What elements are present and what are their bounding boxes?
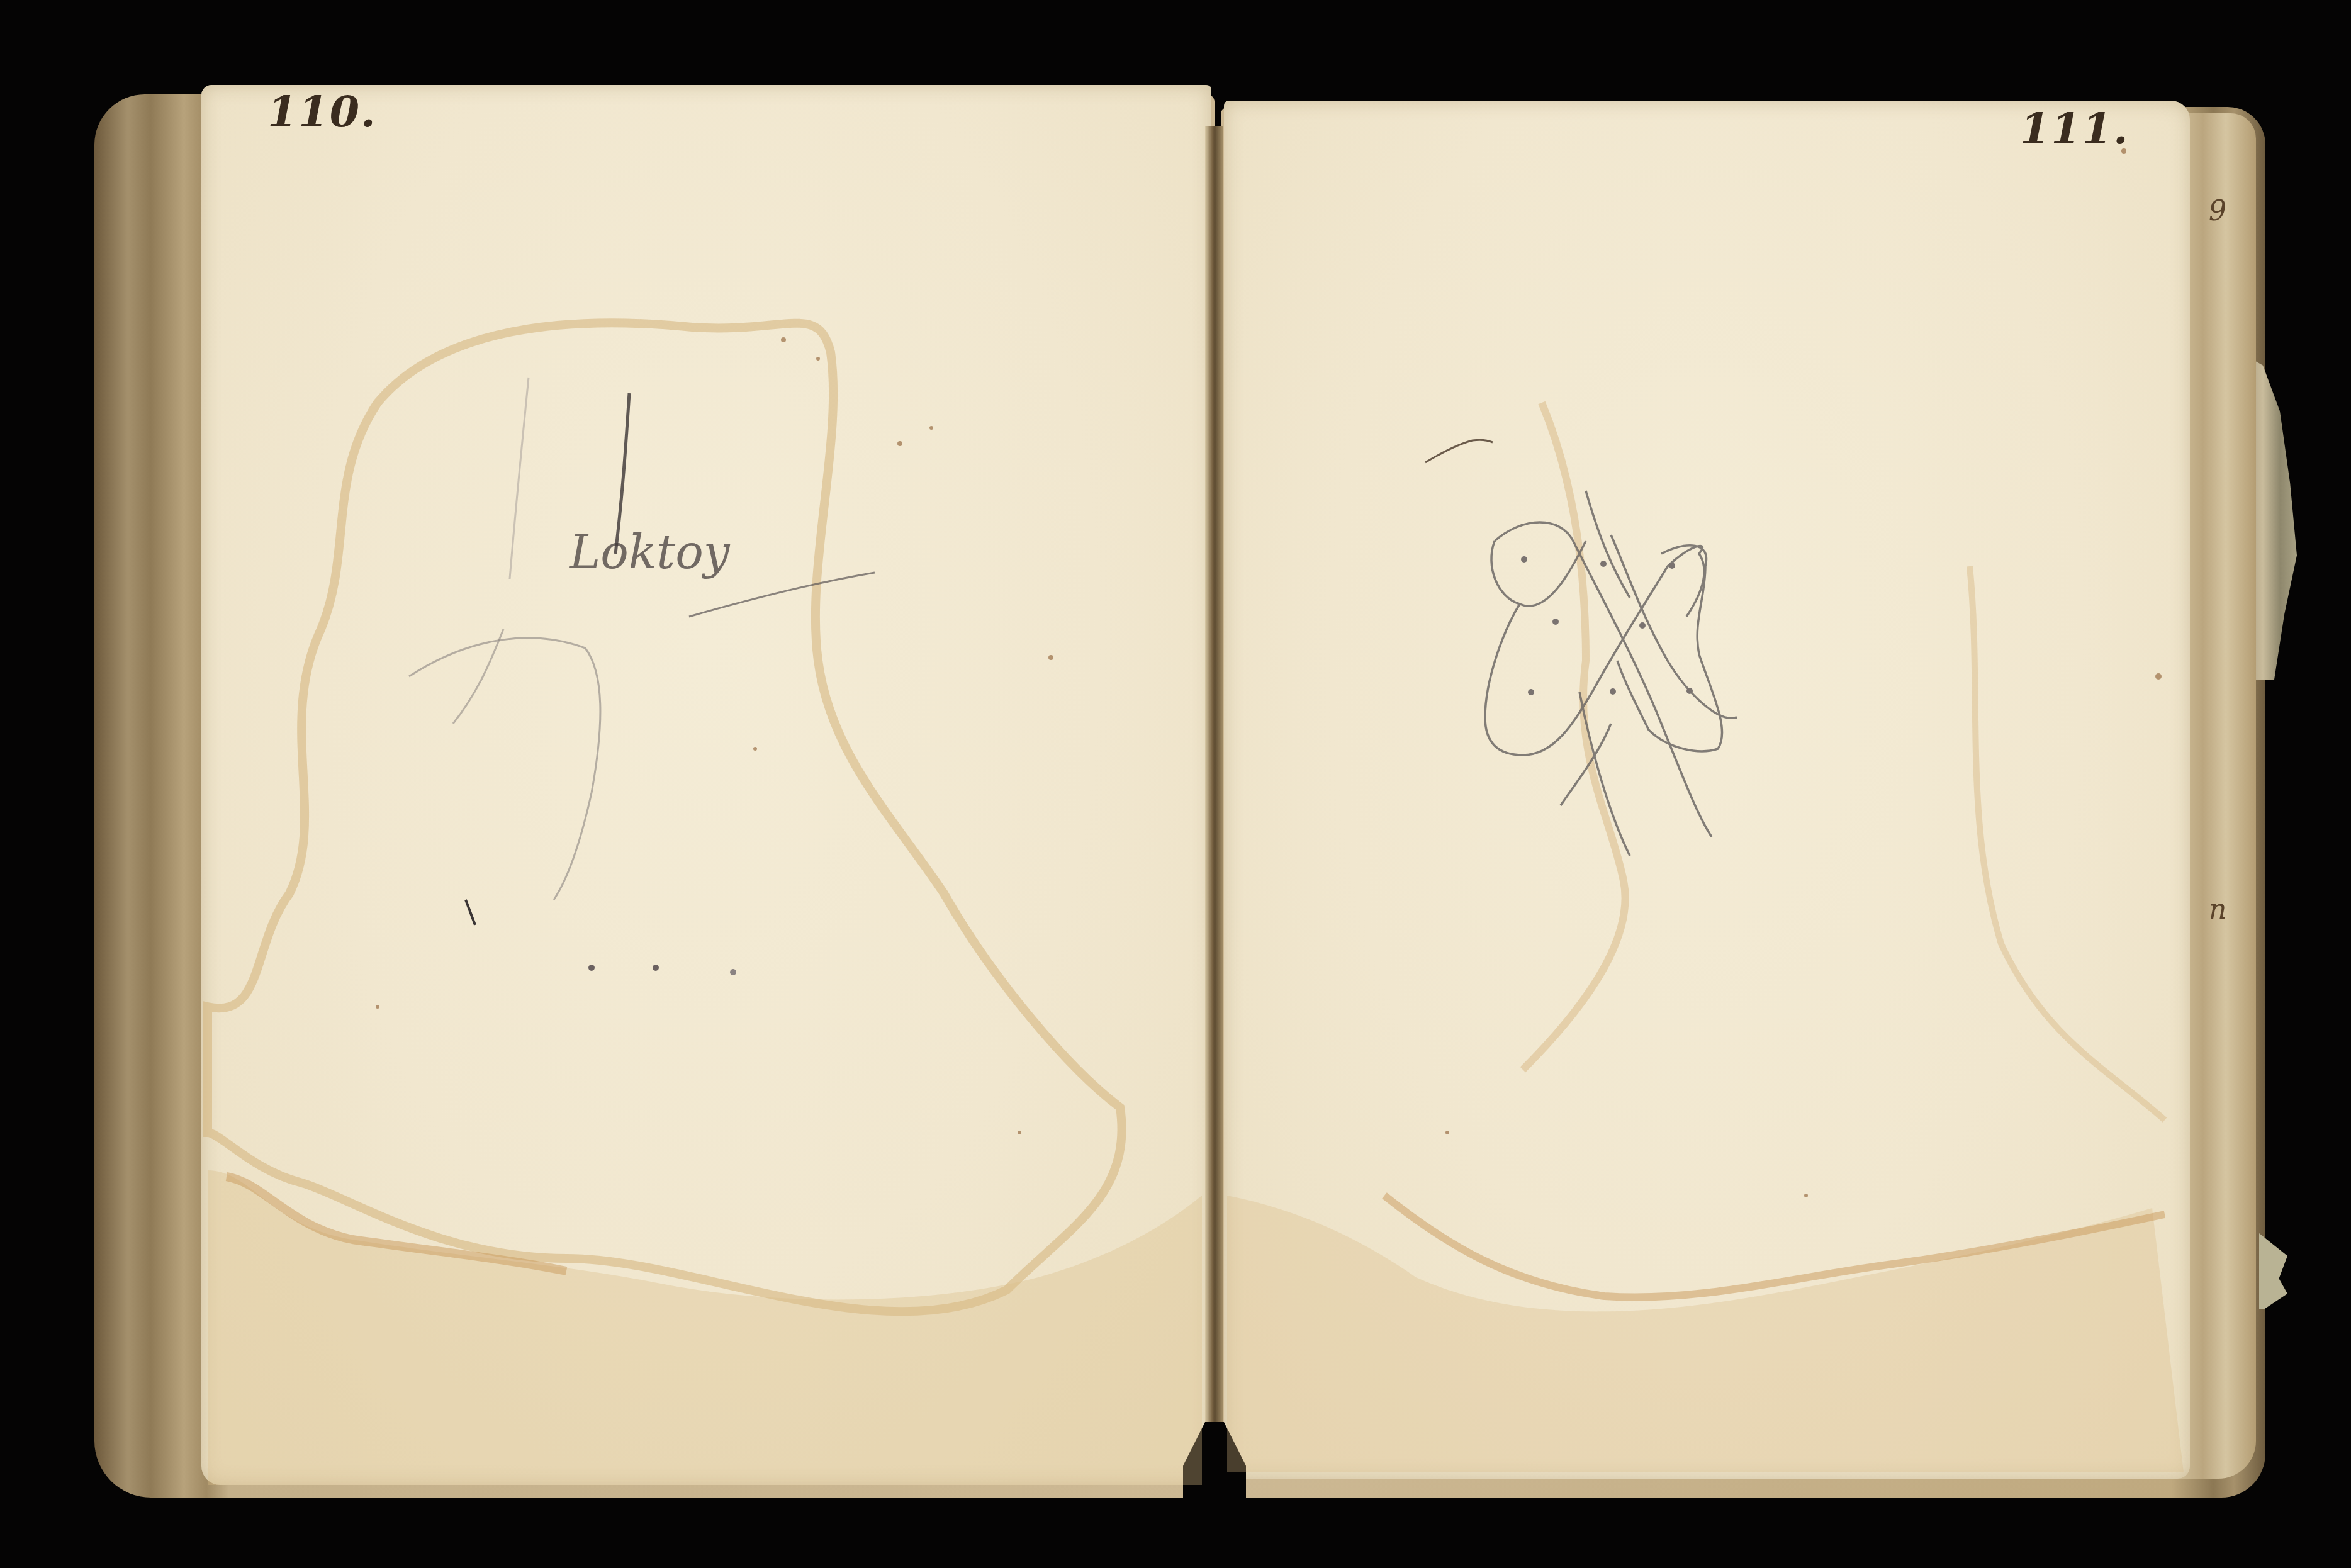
margin-fragment-middle: n [2209, 893, 2226, 926]
page-markings [0, 0, 2351, 1568]
pencil-loop-sketch [409, 638, 600, 900]
pencil-annotation: Loktoy [570, 525, 730, 580]
pencil-knot-drawing [1485, 491, 1737, 856]
knot-dots [1521, 556, 1693, 695]
folio-number-right: 111. [2020, 104, 2129, 154]
hair-fiber [1425, 440, 1493, 462]
margin-fragment-top: 9 [2209, 195, 2226, 227]
pencil-dot [653, 965, 659, 971]
water-stain-left [208, 323, 1122, 1311]
pencil-dot [588, 965, 595, 971]
folio-number-left: 110. [267, 87, 377, 137]
foxing-speckles [376, 148, 2162, 1197]
pencil-dot [730, 969, 736, 975]
